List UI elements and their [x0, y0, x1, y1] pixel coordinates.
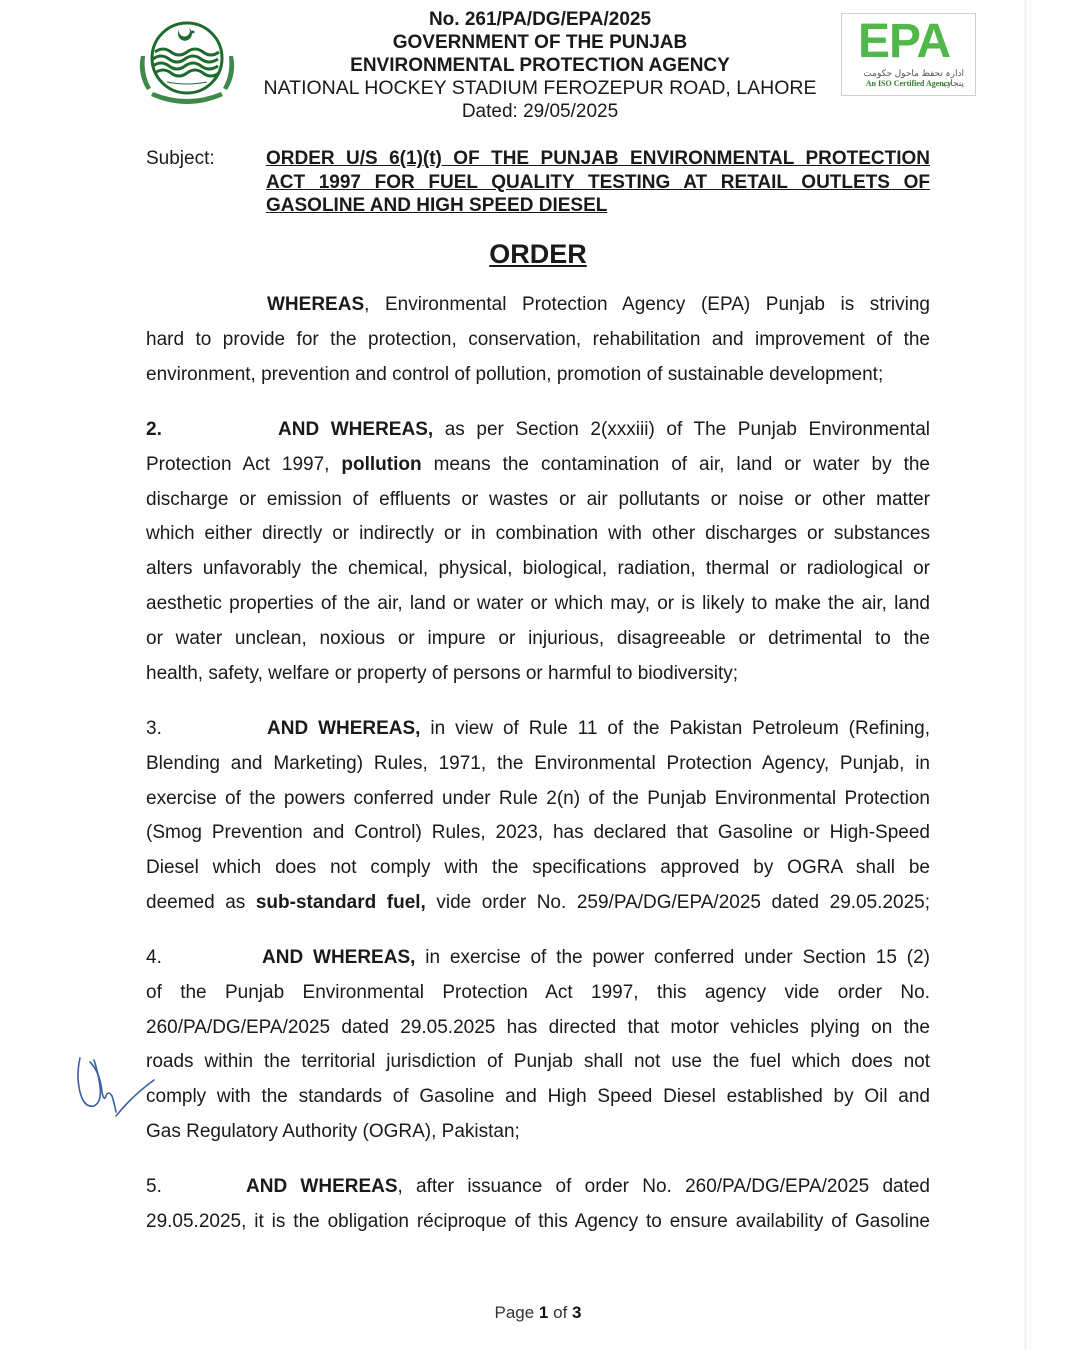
paragraph-2: 2.AND WHEREAS, as per Section 2(xxxiii) …	[146, 413, 930, 691]
subject-line: ACT 1997 FOR FUEL QUALITY TESTING AT RET…	[266, 171, 930, 195]
agency-address: NATIONAL HOCKEY STADIUM FEROZEPUR ROAD, …	[250, 77, 830, 100]
subject-text: ORDER U/S 6(1)(t) OF THE PUNJAB ENVIRONM…	[266, 147, 930, 218]
paragraph-line: hard to provide for the protection, cons…	[146, 323, 930, 358]
paragraph-line: Blending and Marketing) Rules, 1971, the…	[146, 747, 930, 782]
paragraph-line: (Smog Prevention and Control) Rules, 202…	[146, 816, 930, 851]
paragraph-4: 4.AND WHEREAS, in exercise of the power …	[146, 941, 930, 1150]
paragraph-line: Diesel which does not comply with the sp…	[146, 851, 930, 886]
paragraph-1: WHEREAS, Environmental Protection Agency…	[146, 288, 930, 392]
epa-logo: EPA ادارہ تحفظ ماحول حکومت پنجاب An ISO …	[841, 13, 976, 96]
paragraph-line: deemed as sub-standard fuel, vide order …	[146, 886, 930, 921]
paragraph-line: discharge or emission of effluents or wa…	[146, 483, 930, 518]
government-name: GOVERNMENT OF THE PUNJAB	[250, 31, 830, 54]
paragraph-line: Protection Act 1997, pollution means the…	[146, 448, 930, 483]
paragraph-line: 29.05.2025, it is the obligation récipro…	[146, 1205, 930, 1240]
page-number: Page 1 of 3	[0, 1303, 1076, 1323]
subject-label: Subject:	[146, 148, 215, 170]
paragraph-line: comply with the standards of Gasoline an…	[146, 1080, 930, 1115]
paragraph-line: 5.AND WHEREAS, after issuance of order N…	[146, 1170, 930, 1205]
paragraph-line: Gas Regulatory Authority (OGRA), Pakista…	[146, 1115, 930, 1150]
paragraph-line: environment, prevention and control of p…	[146, 358, 930, 393]
paragraph-line: or water unclean, noxious or impure or i…	[146, 622, 930, 657]
paragraph-line: aesthetic properties of the air, land or…	[146, 587, 930, 622]
paragraph-line: health, safety, welfare or property of p…	[146, 657, 930, 692]
punjab-emblem-icon	[133, 16, 241, 110]
paragraph-line: 260/PA/DG/EPA/2025 dated 29.05.2025 has …	[146, 1011, 930, 1046]
page-edge-line	[1030, 0, 1031, 1350]
reference-number: No. 261/PA/DG/EPA/2025	[250, 8, 830, 31]
epa-iso-tagline: An ISO Certified Agency	[842, 79, 975, 88]
agency-name: ENVIRONMENTAL PROTECTION AGENCY	[250, 54, 830, 77]
paragraph-line: alters unfavorably the chemical, physica…	[146, 552, 930, 587]
paragraph-line: 4.AND WHEREAS, in exercise of the power …	[146, 941, 930, 976]
paragraph-line: 3.AND WHEREAS, in view of Rule 11 of the…	[146, 712, 930, 747]
signature-icon	[70, 1050, 160, 1120]
paragraph-line: of the Punjab Environmental Protection A…	[146, 976, 930, 1011]
page-edge	[1024, 0, 1027, 1350]
paragraph-line: WHEREAS, Environmental Protection Agency…	[146, 288, 930, 323]
subject-line: ORDER U/S 6(1)(t) OF THE PUNJAB ENVIRONM…	[266, 147, 930, 171]
paragraph-line: 2.AND WHEREAS, as per Section 2(xxxiii) …	[146, 413, 930, 448]
epa-logo-text: EPA	[858, 16, 950, 68]
paragraph-line: roads within the territorial jurisdictio…	[146, 1045, 930, 1080]
paragraph-3: 3.AND WHEREAS, in view of Rule 11 of the…	[146, 712, 930, 921]
paragraph-line: which either directly or indirectly or i…	[146, 517, 930, 552]
paragraph-5: 5.AND WHEREAS, after issuance of order N…	[146, 1170, 930, 1240]
paragraph-line: exercise of the powers conferred under R…	[146, 782, 930, 817]
order-heading: ORDER	[0, 239, 1076, 270]
subject-line: GASOLINE AND HIGH SPEED DIESEL	[266, 194, 930, 218]
document-date: Dated: 29/05/2025	[250, 100, 830, 123]
